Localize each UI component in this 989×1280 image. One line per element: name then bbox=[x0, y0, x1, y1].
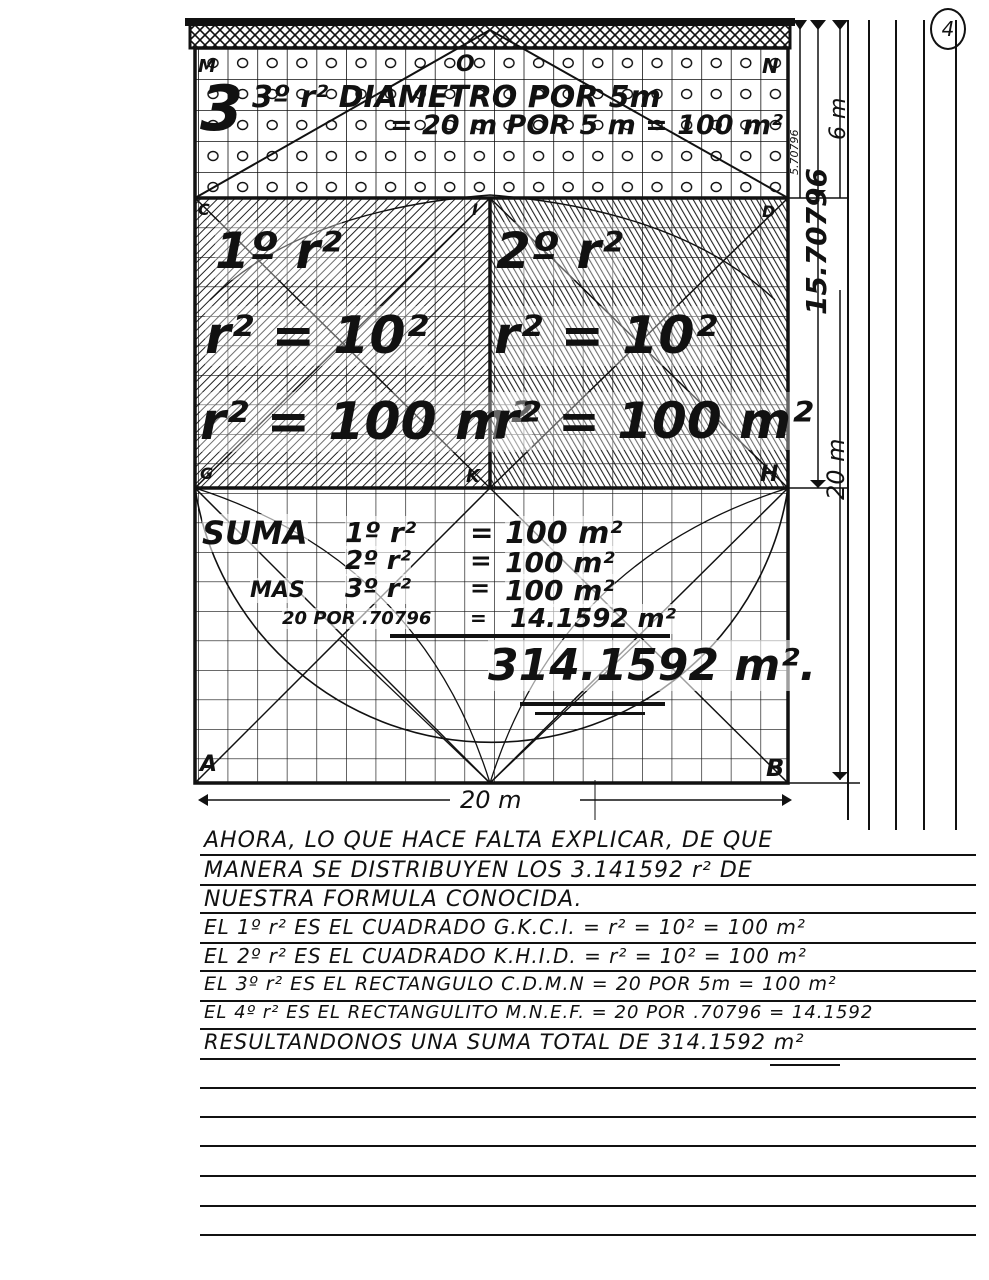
ruled-line bbox=[200, 1234, 976, 1236]
corner-label-a: A bbox=[200, 752, 217, 777]
corner-label-c: C bbox=[198, 200, 210, 219]
corner-label-g: G bbox=[200, 464, 213, 483]
sum-row-1-lhs: 1º r² bbox=[345, 516, 416, 549]
square1-eq1: r² = 10² bbox=[205, 306, 428, 366]
sum-row-4-lhs: 20 POR .70796 bbox=[282, 608, 431, 629]
sum-mas-label: MAS bbox=[250, 578, 305, 603]
sum-row-2-op: = bbox=[470, 546, 492, 576]
height-upper-label: 15.70796 bbox=[800, 168, 833, 315]
center-label-o: O bbox=[456, 52, 475, 77]
width-dimension-label: 20 m bbox=[460, 786, 522, 814]
note-line-3: NUESTRA FORMULA CONOCIDA. bbox=[204, 887, 583, 912]
band-ordinal: 3 bbox=[200, 78, 243, 140]
sum-row-3-lhs: 3º r² bbox=[345, 574, 411, 604]
total-underline bbox=[535, 712, 645, 715]
ruled-line bbox=[200, 1145, 976, 1147]
note-line-8: RESULTANDONOS UNA SUMA TOTAL DE 314.1592… bbox=[204, 1030, 805, 1054]
ruled-line bbox=[200, 912, 976, 914]
corner-label-d: D bbox=[762, 202, 775, 221]
ruled-line bbox=[200, 970, 976, 972]
ruled-line bbox=[200, 1058, 976, 1060]
height-total-label: 20 m bbox=[822, 438, 850, 500]
band-small-label: 5.70796 bbox=[788, 130, 801, 176]
corner-label-b: B bbox=[766, 754, 784, 782]
sum-label: SUMA bbox=[202, 514, 308, 552]
ruled-line bbox=[200, 1116, 976, 1118]
sum-row-4-val: 14.1592 m² bbox=[510, 604, 676, 634]
note-line-5: EL 2º r² ES EL CUADRADO K.H.I.D. = r² = … bbox=[204, 944, 807, 968]
band-height-label: 6 m bbox=[826, 98, 851, 140]
sum-row-4-op: = bbox=[470, 606, 487, 630]
sum-row-3-val: 100 m² bbox=[505, 574, 615, 607]
corner-label-h: H bbox=[760, 462, 778, 487]
square2-title: 2º r² bbox=[496, 222, 623, 280]
sum-row-1-op: = bbox=[470, 516, 493, 549]
ruled-line bbox=[200, 854, 976, 856]
ruled-line bbox=[200, 1175, 976, 1177]
corner-label-k: K bbox=[466, 466, 480, 487]
note-line-4: EL 1º r² ES EL CUADRADO G.K.C.I. = r² = … bbox=[204, 915, 806, 939]
corner-label-n: N bbox=[762, 54, 779, 78]
note-line-7: EL 4º r² ES EL RECTANGULITO M.N.E.F. = 2… bbox=[204, 1002, 873, 1023]
final-total-underline bbox=[770, 1064, 840, 1066]
square1-eq2: r² = 100 m² bbox=[200, 392, 532, 452]
ruled-line bbox=[200, 884, 976, 886]
ruled-line bbox=[200, 1205, 976, 1207]
square1-title: 1º r² bbox=[215, 222, 342, 280]
total-underline bbox=[520, 702, 665, 706]
ruled-line bbox=[200, 1087, 976, 1089]
sum-underline bbox=[390, 634, 670, 638]
square2-eq1: r² = 10² bbox=[494, 306, 717, 366]
sum-row-2-lhs: 2º r² bbox=[345, 546, 411, 576]
sum-total: 314.1592 m². bbox=[488, 640, 816, 691]
note-line-1: AHORA, LO QUE HACE FALTA EXPLICAR, DE QU… bbox=[204, 828, 773, 853]
square2-eq2: r² = 100 m² bbox=[494, 392, 813, 450]
band-equation: = 20 m POR 5 m = 100 m² bbox=[390, 110, 783, 141]
sum-row-3-op: = bbox=[470, 574, 490, 602]
corner-label-i: I bbox=[472, 200, 478, 219]
note-line-2: MANERA SE DISTRIBUYEN LOS 3.141592 r² DE bbox=[204, 858, 753, 883]
note-line-6: EL 3º r² ES EL RECTANGULO C.D.M.N = 20 P… bbox=[204, 973, 837, 995]
